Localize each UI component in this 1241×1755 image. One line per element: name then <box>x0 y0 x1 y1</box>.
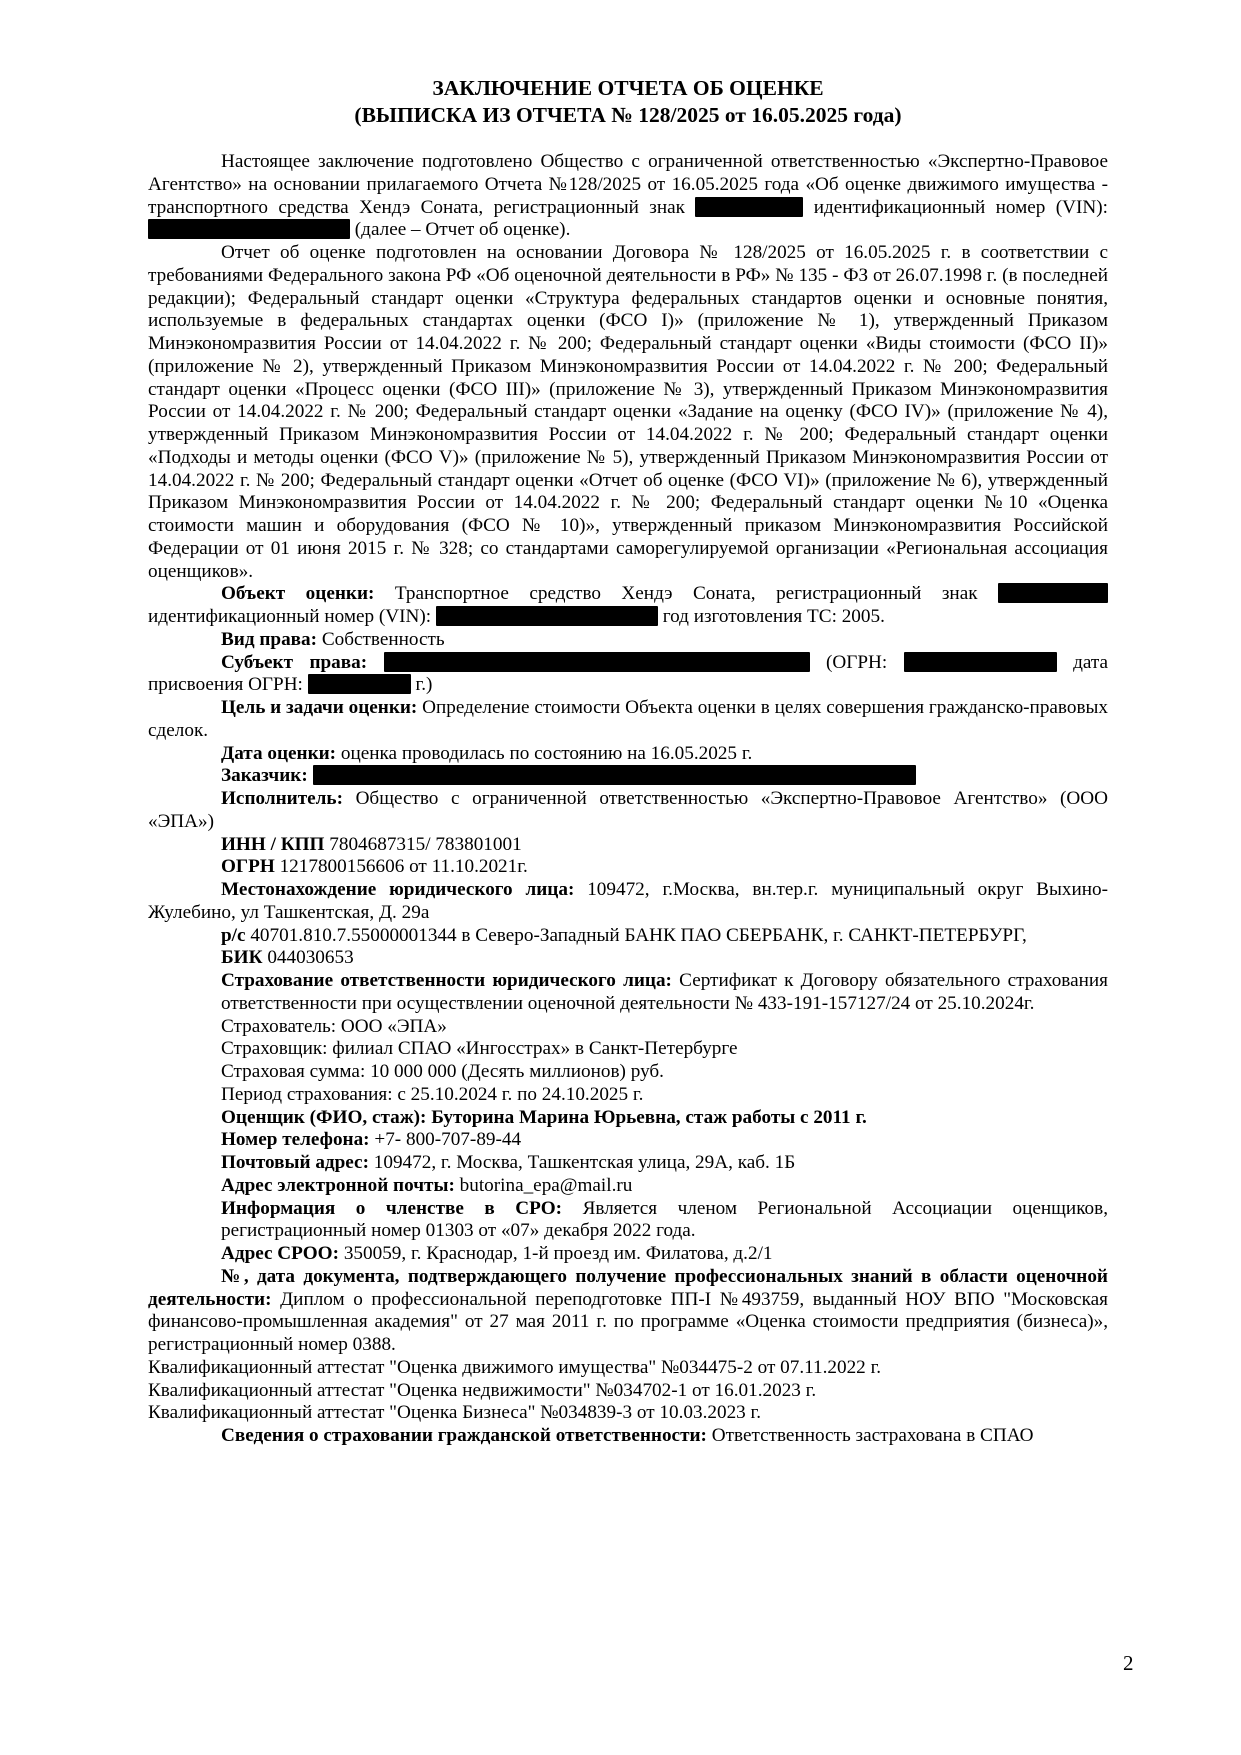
page-number: 2 <box>1123 1651 1134 1676</box>
basis-paragraph: Отчет об оценке подготовлен на основании… <box>148 242 1108 583</box>
document-body: Настоящее заключение подготовлено Общест… <box>148 151 1108 1448</box>
insured-sum: Страховая сумма: 10 000 000 (Десять милл… <box>148 1061 1108 1084</box>
redacted-customer <box>313 765 916 785</box>
insurance-period: Период страхования: с 25.10.2024 г. по 2… <box>148 1084 1108 1107</box>
sro-field: Информация о членстве в СРО: Является чл… <box>148 1198 1108 1244</box>
appraiser-field: Оценщик (ФИО, стаж): Буторина Марина Юрь… <box>148 1107 1108 1130</box>
redacted-vin <box>436 606 658 626</box>
document-page: ЗАКЛЮЧЕНИЕ ОТЧЕТА ОБ ОЦЕНКЕ (ВЫПИСКА ИЗ … <box>148 72 1108 1448</box>
email-field: Адрес электронной почты: butorina_epa@ma… <box>148 1175 1108 1198</box>
redacted-plate <box>695 197 803 217</box>
redacted-subject <box>384 652 810 672</box>
redacted-plate <box>998 583 1108 603</box>
civil-insurance-field: Сведения о страховании гражданской ответ… <box>148 1425 1108 1448</box>
redacted-vin <box>148 219 350 239</box>
right-type-field: Вид права: Собственность <box>148 629 1108 652</box>
redacted-ogrn <box>904 652 1057 672</box>
valuation-date-field: Дата оценки: оценка проводилась по состо… <box>148 743 1108 766</box>
insurer: Страховщик: филиал СПАО «Ингосстрах» в С… <box>148 1038 1108 1061</box>
inn-field: ИНН / КПП 7804687315/ 783801001 <box>148 834 1108 857</box>
certificate-item: Квалификационный аттестат "Оценка Бизнес… <box>148 1402 1108 1425</box>
insurance-field: Страхование ответственности юридического… <box>148 970 1108 1016</box>
account-field: р/с 40701.810.7.55000001344 в Северо-Зап… <box>148 925 1108 948</box>
ogrn-field: ОГРН 1217800156606 от 11.10.2021г. <box>148 856 1108 879</box>
object-field: Объект оценки: Транспортное средство Хен… <box>148 583 1108 629</box>
postal-field: Почтовый адрес: 109472, г. Москва, Ташке… <box>148 1152 1108 1175</box>
redacted-ogrn-date <box>308 674 411 694</box>
certificate-item: Квалификационный аттестат "Оценка движим… <box>148 1357 1108 1380</box>
insurer-holder: Страхователь: ООО «ЭПА» <box>148 1016 1108 1039</box>
subject-field: Субъект права: (ОГРН: дата присвоения ОГ… <box>148 652 1108 698</box>
customer-field: Заказчик: <box>148 765 1108 788</box>
executor-field: Исполнитель: Общество с ограниченной отв… <box>148 788 1108 834</box>
title-line-2: (ВЫПИСКА ИЗ ОТЧЕТА № 128/2025 от 16.05.2… <box>148 102 1108 129</box>
bik-field: БИК 044030653 <box>148 947 1108 970</box>
purpose-field: Цель и задачи оценки: Определение стоимо… <box>148 697 1108 743</box>
title-line-1: ЗАКЛЮЧЕНИЕ ОТЧЕТА ОБ ОЦЕНКЕ <box>148 75 1108 102</box>
document-title: ЗАКЛЮЧЕНИЕ ОТЧЕТА ОБ ОЦЕНКЕ (ВЫПИСКА ИЗ … <box>148 75 1108 129</box>
location-field: Местонахождение юридического лица: 10947… <box>148 879 1108 925</box>
certificate-item: Квалификационный аттестат "Оценка недвиж… <box>148 1380 1108 1403</box>
education-field: №, дата документа, подтверждающего получ… <box>148 1266 1108 1357</box>
sro-address-field: Адрес СРОО: 350059, г. Краснодар, 1-й пр… <box>148 1243 1108 1266</box>
intro-paragraph: Настоящее заключение подготовлено Общест… <box>148 151 1108 242</box>
phone-field: Номер телефона: +7- 800-707-89-44 <box>148 1129 1108 1152</box>
